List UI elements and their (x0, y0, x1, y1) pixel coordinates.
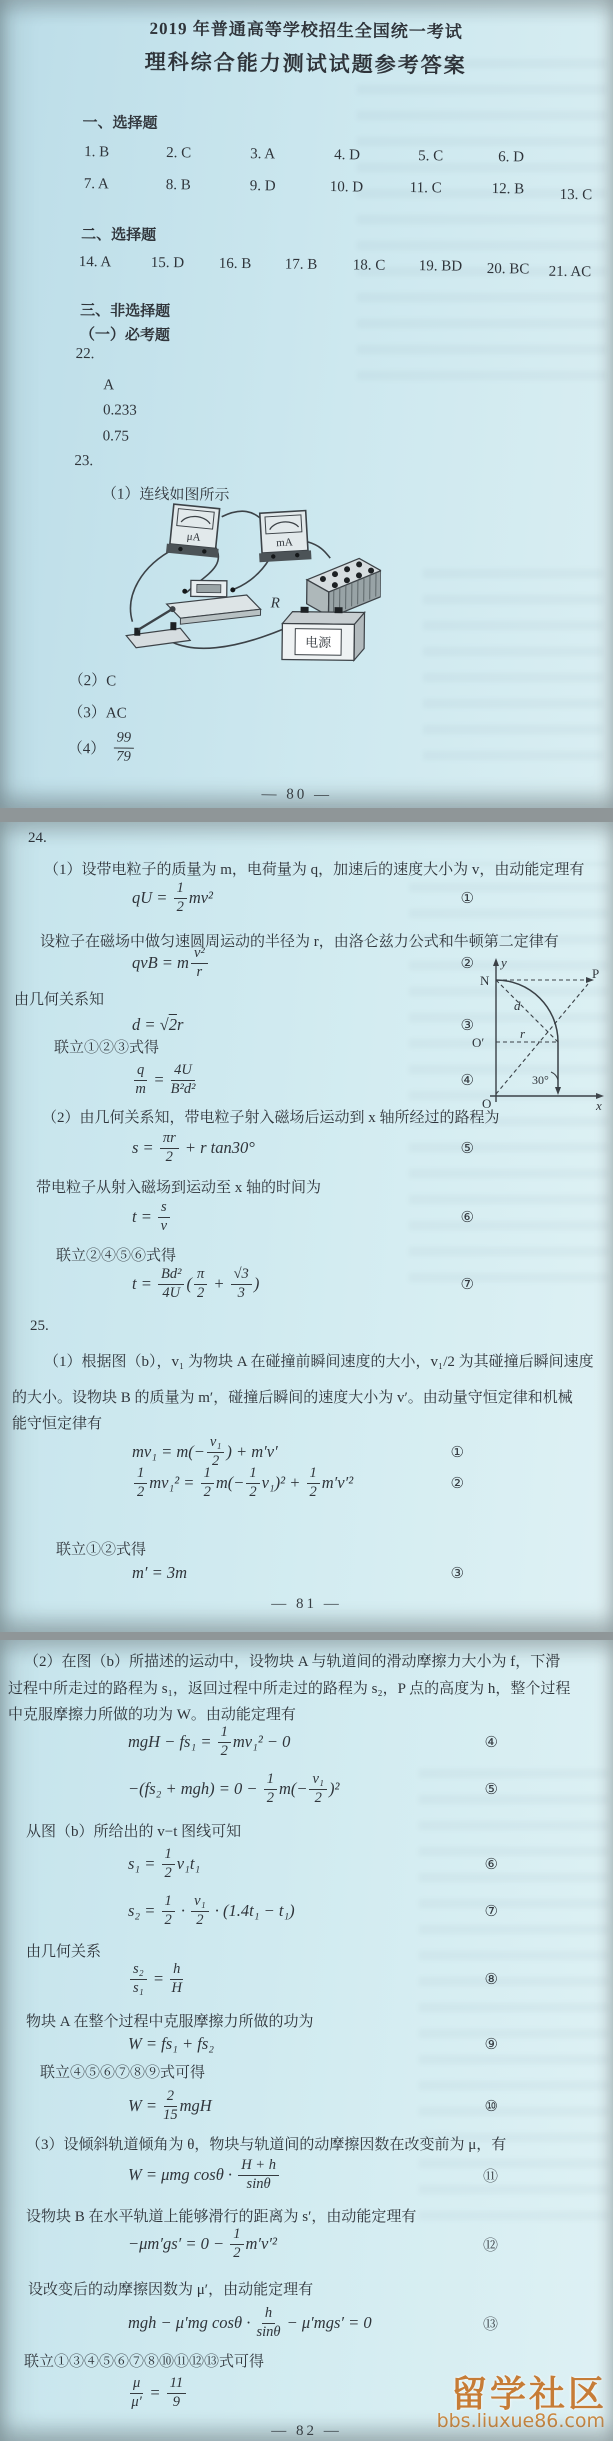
equation-number: ⑩ (485, 2097, 498, 2115)
equation-body: W = μmg cosθ · H + hsinθ (128, 2158, 281, 2191)
equation: W = 215mgH⑩ (128, 2086, 498, 2126)
question-22-answer: 0.75 (103, 428, 129, 445)
equation-number: ⑬ (483, 2313, 498, 2334)
answer-item: 10. D (330, 179, 364, 196)
equation-number: ⑦ (485, 1902, 498, 1920)
milliammeter-label: mA (276, 536, 293, 549)
equation-number: ③ (451, 1564, 464, 1582)
axis-label-x: x (595, 1098, 602, 1112)
equation-body: s = πr2 + r tan30° (132, 1131, 255, 1164)
q25-paragraph: 设改变后的动摩擦因数为 μ′，由动能定理有 (28, 2278, 313, 2299)
answer-item: 14. A (79, 254, 112, 271)
answer-item: 1. B (84, 144, 109, 161)
point-o-prime-label: O′ (472, 1035, 484, 1050)
equation-number: ① (451, 1443, 464, 1461)
equation: s₂ = 12 · v₁2 · (1.4t₁ − t₁)⑦ (128, 1890, 498, 1932)
equation: mgh − μ′mg cosθ · hsinθ − μ′mgs′ = 0⑬ (128, 2302, 498, 2344)
answer-item: 18. C (353, 257, 386, 274)
answer-item: 16. B (219, 256, 252, 273)
subsection-heading: （一）必考题 (80, 323, 170, 345)
equation-body: qU = 12mv² (132, 881, 213, 914)
point-p-label: P (592, 966, 599, 981)
answer-item: 11. C (410, 180, 442, 197)
equation-body: 12mv₁² = 12m(−12v₁)² + 12m′v′² (132, 1466, 353, 1499)
answer-item: 8. B (166, 177, 191, 194)
answer-item: 4. D (334, 147, 360, 164)
q25-part2-line: 过程中所走过的路程为 s₁，返回过程中所走过的路程为 s₂，P 点的高度为 h，… (8, 1677, 570, 1698)
q25-part2-line: 中克服摩擦力所做的功为 W。由动能定理有 (8, 1703, 296, 1724)
equation-number: ⑥ (461, 1208, 474, 1226)
answer-item: 12. B (492, 181, 525, 198)
equation-body: mgh − μ′mg cosθ · hsinθ − μ′mgs′ = 0 (128, 2306, 372, 2339)
answer-item: 6. D (498, 149, 524, 166)
equation-body: qm = 4UB²d² (132, 1063, 197, 1096)
resistor-assembly: R (166, 580, 280, 625)
equation-body: 9979 (111, 731, 136, 765)
q24-paragraph: （1）设带电粒子的质量为 m，电荷量为 q，加速后的速度大小为 v，由动能定理有 (44, 858, 584, 879)
answer-item: 13. C (560, 187, 593, 204)
q25-paragraph: 从图（b）所给出的 v−t 图线可知 (26, 1820, 241, 1841)
question-22-answer: A (103, 377, 114, 394)
equation: mgH − fs₁ = 12mv₁² − 0④ (128, 1722, 498, 1762)
equation-number: ⑤ (485, 1780, 498, 1798)
equation-number: ⑨ (485, 2035, 498, 2053)
page-3: （2）在图（b）所描述的运动中，设物块 A 与轨道间的滑动摩擦力大小为 f，下滑… (0, 1640, 613, 2441)
page-1-content: 2019 年普通高等学校招生全国统一考试 理科综合能力测试试题参考答案 一、选择… (0, 0, 613, 808)
equation-body: W = 215mgH (128, 2089, 212, 2122)
equation-body: s₂s₁ = hH (128, 1962, 185, 1995)
distance-d-label: d (514, 998, 521, 1013)
page-1: 2019 年普通高等学校招生全国统一考试 理科综合能力测试试题参考答案 一、选择… (0, 0, 613, 808)
equation: s₂s₁ = hH⑧ (128, 1958, 498, 2000)
circuit-diagram: μA mA (110, 501, 382, 662)
question-23-part4: （4） 9979 (68, 727, 188, 768)
equation-number: ⑥ (485, 1855, 498, 1873)
question-25-label: 25. (30, 1318, 49, 1335)
answer-item: 7. A (84, 176, 109, 193)
equation-number: ② (451, 1474, 464, 1492)
answer-item: 17. B (285, 256, 318, 273)
axis-label-y: y (499, 955, 507, 970)
equation-body: s₂ = 12 · v₁2 · (1.4t₁ − t₁) (128, 1894, 295, 1927)
q25-paragraph-line: （1）根据图（b），v₁ 为物块 A 在碰撞前瞬间速度的大小，v₁/2 为其碰撞… (44, 1350, 594, 1371)
equation-body: qvB = mv²r (132, 946, 210, 979)
answer-item: 9. D (250, 178, 276, 195)
equation-number: ⑤ (461, 1139, 474, 1157)
equation-body: m′ = 3m (132, 1563, 187, 1583)
scanned-answer-sheet: 2019 年普通高等学校招生全国统一考试 理科综合能力测试试题参考答案 一、选择… (0, 0, 613, 2441)
section-1-heading: 一、选择题 (82, 111, 157, 133)
equation: W = μmg cosθ · H + hsinθ⑪ (128, 2154, 498, 2196)
answer-item: 5. C (418, 148, 443, 165)
page-number: — 80 — (0, 783, 603, 807)
equation: qvB = mv²r② (132, 942, 474, 984)
radius-r-label: r (520, 1026, 526, 1041)
q24-paragraph: 带电粒子从射入磁场到运动至 x 轴的时间为 (36, 1176, 321, 1197)
origin-label: O (482, 1096, 491, 1111)
equation-body: t = sv (132, 1200, 172, 1233)
answer-sheet-title: 理科综合能力测试试题参考答案 (0, 44, 612, 81)
q25-paragraph-line: 的大小。设物块 B 的质量为 m′，碰撞后瞬间的速度大小为 v′。由动量守恒定律… (12, 1386, 573, 1407)
question-22-answer: 0.233 (103, 402, 137, 419)
equation: −μm′gs′ = 0 − 12m′v′²⑫ (128, 2224, 498, 2264)
q25-paragraph: 联立①②式得 (56, 1538, 146, 1559)
answer-item: 2. C (166, 145, 191, 162)
q25-part2-line: （2）在图（b）所描述的运动中，设物块 A 与轨道间的滑动摩擦力大小为 f，下滑 (24, 1650, 560, 1671)
q25-paragraph: 联立④⑤⑥⑦⑧⑨式可得 (40, 2061, 205, 2082)
q25-paragraph-line: 能守恒定律有 (12, 1412, 102, 1433)
section-3-heading: 三、非选择题 (80, 299, 170, 321)
question-23-label: 23. (74, 453, 93, 470)
answer-item: 21. AC (549, 264, 592, 282)
question-23-part4-label: （4） (68, 736, 106, 757)
question-24-label: 24. (28, 830, 47, 847)
equation: 12mv₁² = 12m(−12v₁)² + 12m′v′²② (132, 1462, 464, 1504)
question-22-label: 22. (76, 346, 95, 363)
equation: qU = 12mv²① (132, 878, 474, 918)
equation-body: t = Bd²4U(π2 + √33) (132, 1267, 259, 1300)
equation-body: d = √2r (132, 1015, 183, 1035)
q25-paragraph: 联立①③④⑤⑥⑦⑧⑩⑪⑫⑬式可得 (24, 2350, 264, 2371)
equation-number: ① (461, 889, 474, 907)
exam-title: 2019 年普通高等学校招生全国统一考试 (0, 12, 613, 44)
equation: −(fs₂ + mgh) = 0 − 12m(−v₁2)²⑤ (128, 1768, 498, 1810)
q25-paragraph: 设物块 B 在水平轨道上能够滑行的距离为 s′，由动能定理有 (26, 2205, 416, 2226)
equation: d = √2r③ (132, 1012, 474, 1038)
microammeter-label: μA (186, 531, 201, 544)
watermark-url: bbs.liuxue86.com (437, 2410, 605, 2432)
angle-label: 30° (532, 1073, 549, 1087)
q25-paragraph: 由几何关系 (26, 1940, 101, 1961)
power-supply-label: 电源 (305, 635, 332, 650)
microammeter: μA (166, 504, 223, 558)
equation-body: s₁ = 12v₁t₁ (128, 1847, 200, 1880)
q24-paragraph: 由几何关系知 (14, 988, 104, 1009)
q24-paragraph: （2）由几何关系知，带电粒子射入磁场后运动到 x 轴所经过的路程为 (42, 1106, 500, 1127)
milliammeter: mA (257, 510, 312, 562)
equation-number: ④ (485, 1733, 498, 1751)
resistor-label: R (270, 595, 280, 611)
page-number: — 81 — (0, 1596, 613, 1613)
equation-body: −(fs₂ + mgh) = 0 − 12m(−v₁2)² (128, 1772, 339, 1805)
q25-paragraph: 物块 A 在整个过程中克服摩擦力所做的功为 (26, 2010, 314, 2031)
equation: t = sv⑥ (132, 1197, 474, 1237)
equation: μμ′ = 119 (128, 2372, 498, 2414)
equation: s₁ = 12v₁t₁⑥ (128, 1844, 498, 1884)
answer-item: 15. D (151, 255, 185, 272)
question-23-part2: （2）C (69, 669, 117, 691)
question-23-part3: （3）AC (68, 701, 127, 723)
answer-item: 19. BD (419, 258, 463, 276)
power-supply: 电源 (282, 606, 365, 660)
equation: W = fs₁ + fs₂⑨ (128, 2032, 498, 2056)
q25-part3-paragraph: （3）设倾斜轨道倾角为 θ，物块与轨道间的动摩擦因数在改变前为 μ，有 (26, 2133, 506, 2154)
equation-body: −μm′gs′ = 0 − 12m′v′² (128, 2227, 277, 2260)
section-2-heading: 二、选择题 (81, 223, 156, 245)
physics-diagram: y x O N P O′ d r 30° (458, 952, 610, 1112)
answer-item: 3. A (250, 146, 275, 163)
equation-body: μμ′ = 119 (128, 2376, 188, 2409)
resistance-box (306, 558, 381, 619)
equation: m′ = 3m③ (132, 1560, 464, 1586)
equation: t = Bd²4U(π2 + √33)⑦ (132, 1262, 474, 1306)
answer-item: 20. BC (487, 261, 530, 279)
equation-number: ⑫ (483, 2234, 498, 2255)
equation: s = πr2 + r tan30°⑤ (132, 1128, 474, 1168)
equation-number: ⑦ (461, 1275, 474, 1293)
equation: qm = 4UB²d²④ (132, 1059, 474, 1101)
equation-number: ⑪ (483, 2165, 498, 2186)
equation-number: ⑧ (485, 1970, 498, 1988)
equation-body: mgH − fs₁ = 12mv₁² − 0 (128, 1725, 290, 1758)
equation-body: W = fs₁ + fs₂ (128, 2034, 214, 2054)
point-n-label: N (480, 973, 490, 988)
q24-paragraph: 联立①②③式得 (54, 1036, 159, 1057)
page-2: 24. （1）设带电粒子的质量为 m，电荷量为 q，加速后的速度大小为 v，由动… (0, 822, 613, 1632)
